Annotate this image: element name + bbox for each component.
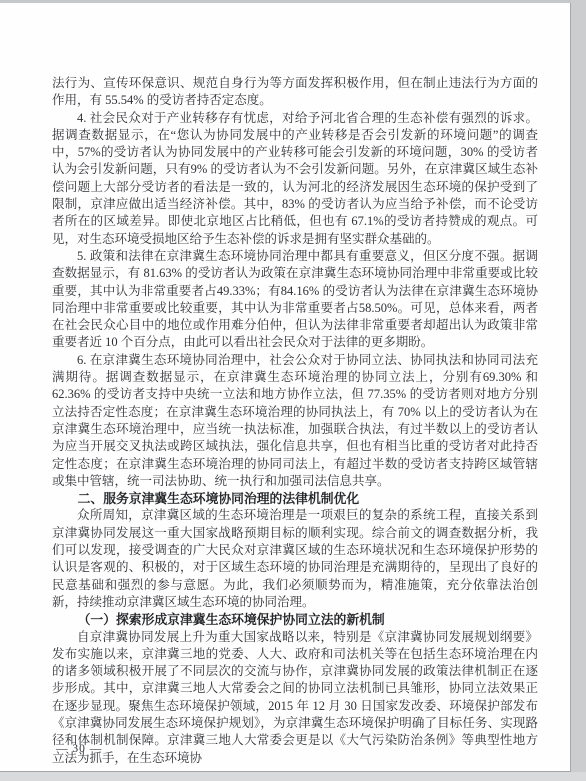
page-text-block: 法行为、宣传环保意识、规范自身行为等方面发挥积极作用，但在制止违法行为方面的作用…	[52, 75, 538, 767]
page-number: — 30 —	[56, 743, 102, 755]
body-paragraph-continuation: 法行为、宣传环保意识、规范自身行为等方面发挥积极作用，但在制止违法行为方面的作用…	[52, 75, 538, 110]
body-paragraph-legislation: 自京津冀协同发展上升为重大国家战略以来，特别是《京津冀协同发展规划纲要》发布实施…	[52, 629, 538, 767]
scan-edge-top	[0, 0, 586, 3]
subsection-heading: （一）探索形成京津冀生态环境保护协同立法的新机制	[52, 611, 538, 628]
body-paragraph-item6: 6. 在京津冀生态环境协同治理中，社会公众对于协同立法、协同执法和协同司法充满期…	[52, 352, 538, 490]
body-paragraph-item5: 5. 政策和法律在京津冀生态环境协同治理中都具有重要意义，但区分度不强。据调查数…	[52, 248, 538, 352]
document-page: 法行为、宣传环保意识、规范自身行为等方面发挥积极作用，但在制止违法行为方面的作用…	[0, 3, 571, 772]
body-paragraph-overview: 众所周知，京津冀区域的生态环境治理是一项艰巨的复杂的系统工程，直接关系到京津冀协…	[52, 507, 538, 611]
scan-edge-bottom	[0, 772, 586, 781]
body-paragraph-item4: 4. 社会民众对于产业转移存有忧虑，对给予河北省合理的生态补偿有强烈的诉求。据调…	[52, 110, 538, 248]
scan-edge-right	[571, 0, 586, 781]
scanned-document-view: 法行为、宣传环保意识、规范自身行为等方面发挥积极作用，但在制止违法行为方面的作用…	[0, 0, 586, 781]
section-heading: 二、服务京津冀生态环境协同治理的法律机制优化	[52, 490, 538, 507]
